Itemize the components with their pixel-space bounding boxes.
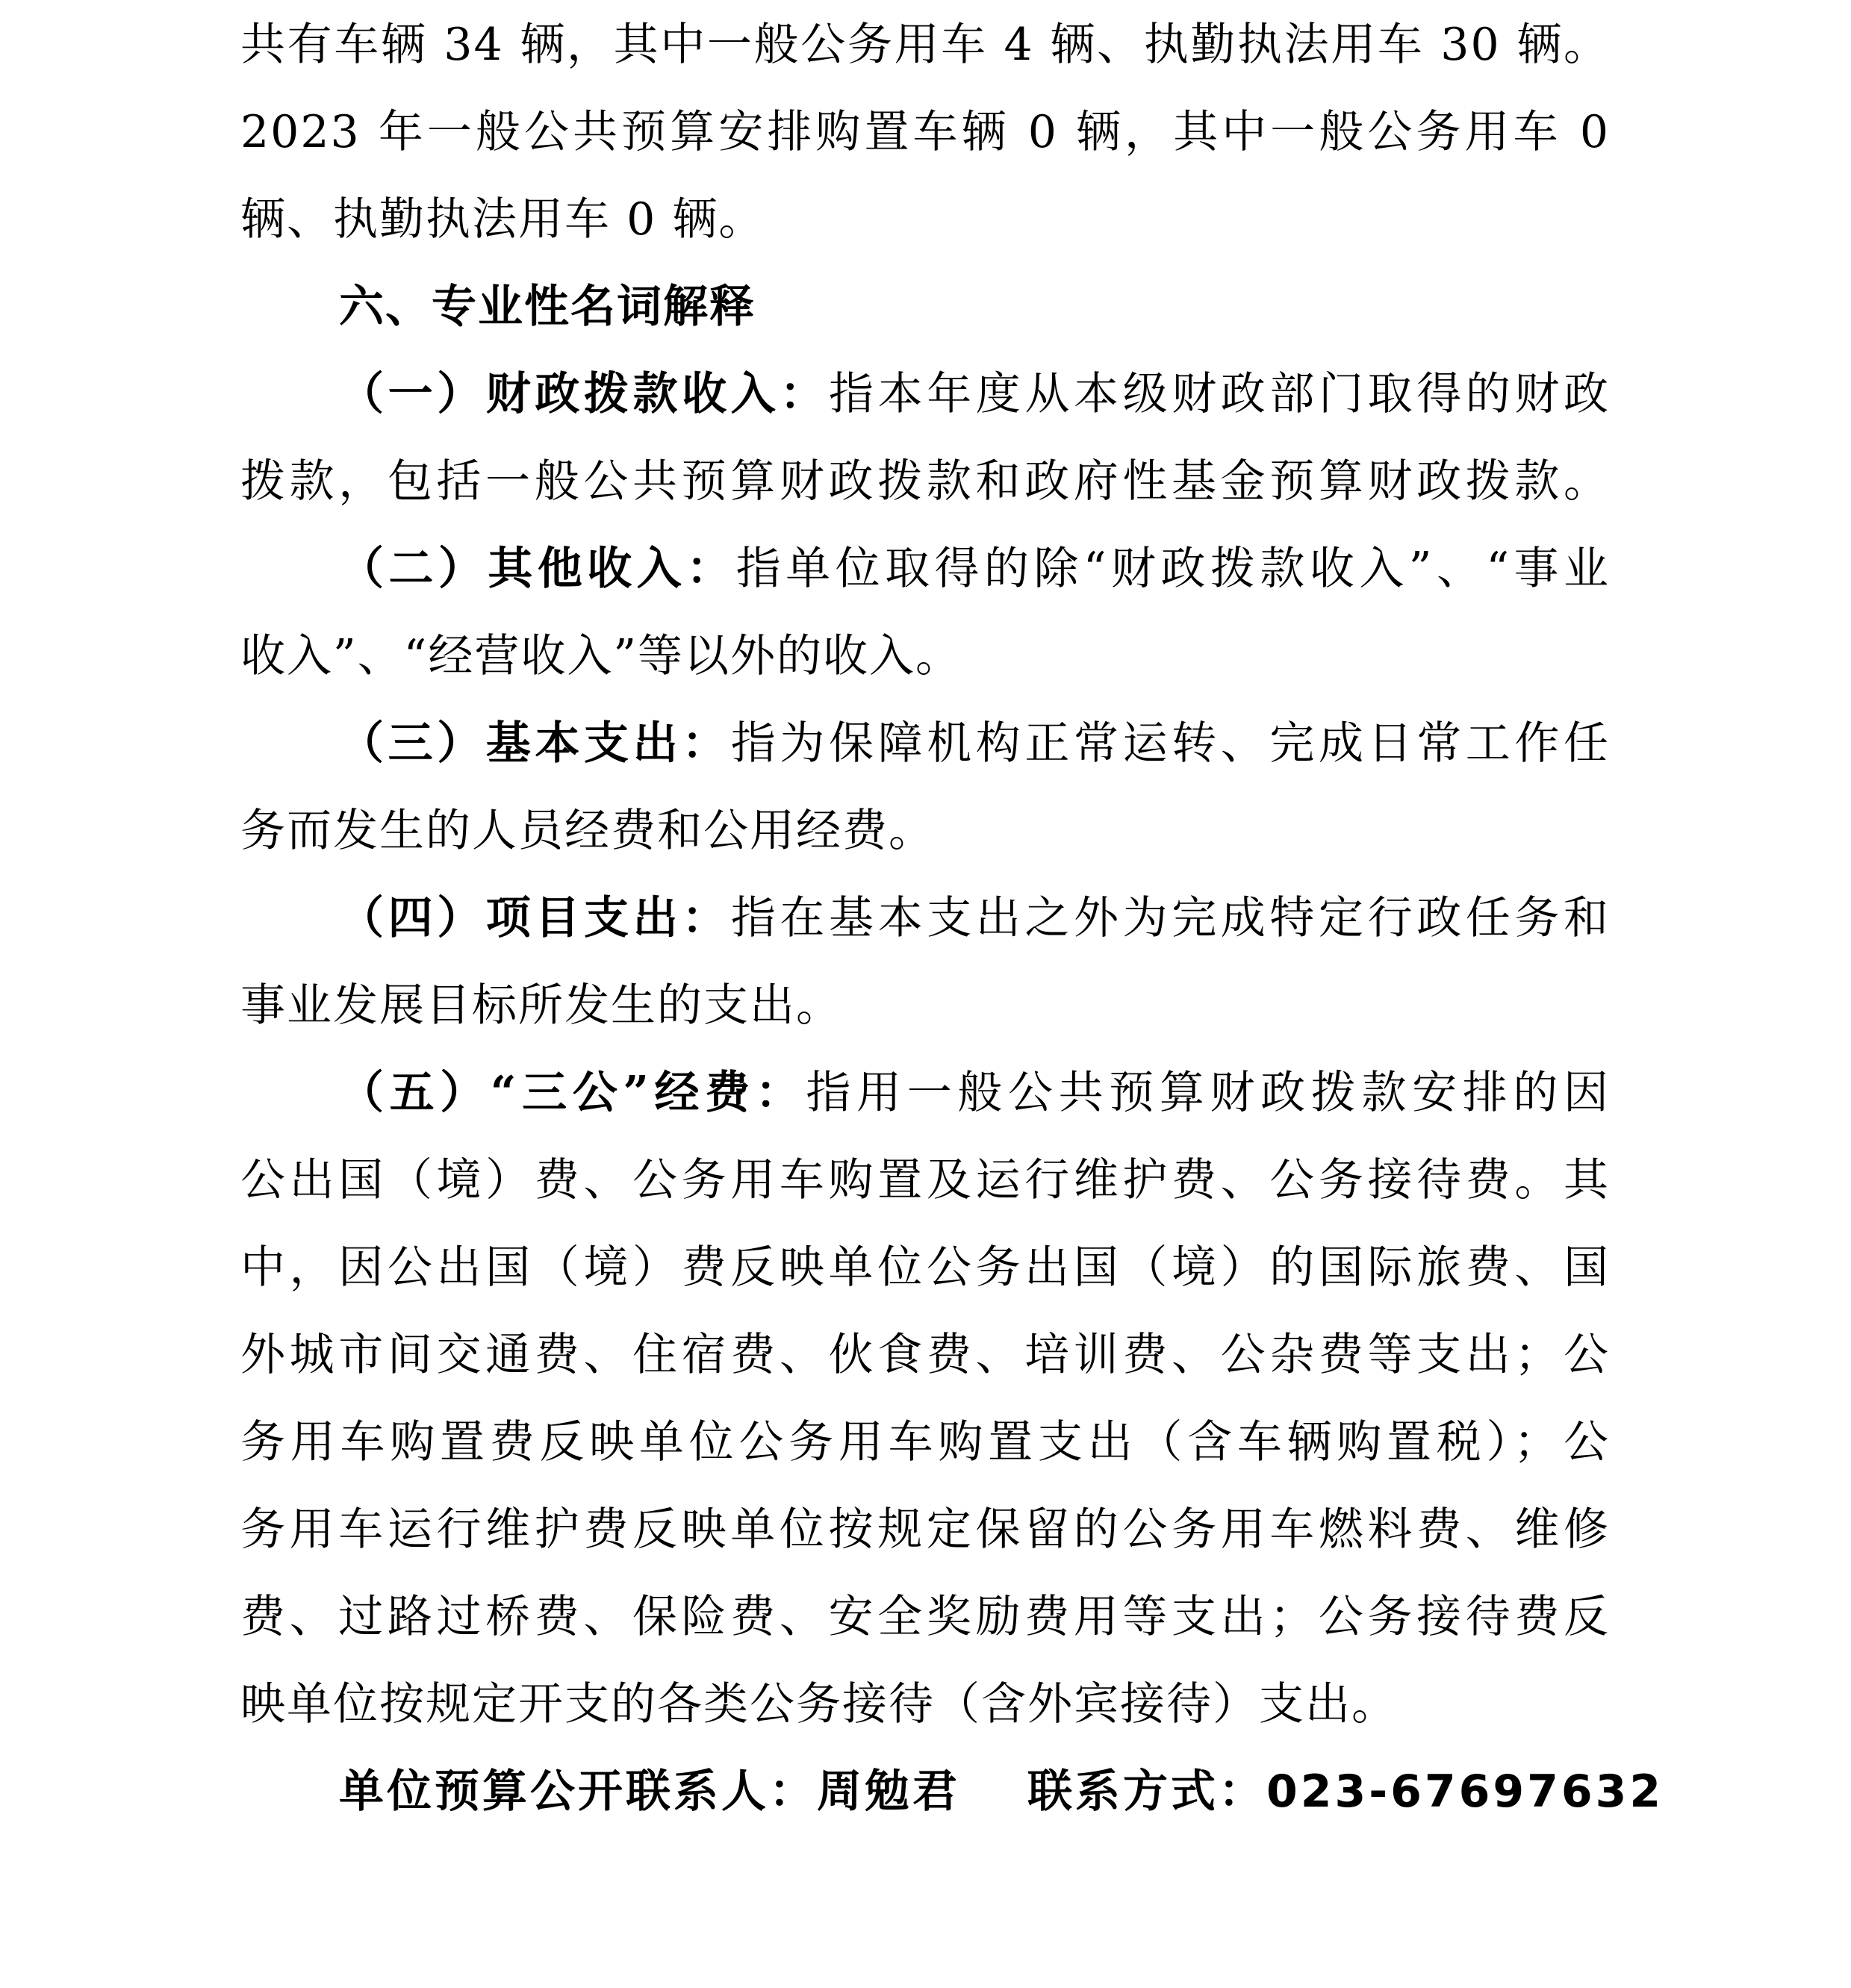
section-heading: 六、专业性名词解释: [240, 264, 1610, 351]
term-definition-text: 指用一般公共预算财政拨款安排的因: [806, 1067, 1610, 1119]
term-definition-first-line: （四）项目支出：指在基本支出之外为完成特定行政任务和: [240, 875, 1610, 962]
body-text-line: 辆、执勤执法用车 0 辆。: [240, 176, 1610, 264]
body-text-line: 共有车辆 34 辆，其中一般公务用车 4 辆、执勤执法用车 30 辆。: [240, 1, 1610, 89]
body-text-line: 务用车运行维护费反映单位按规定保留的公务用车燃料费、维修: [240, 1486, 1610, 1574]
body-text-line: 公出国（境）费、公务用车购置及运行维护费、公务接待费。其: [240, 1137, 1610, 1224]
term-definition-first-line: （一）财政拨款收入：指本年度从本级财政部门取得的财政: [240, 351, 1610, 438]
term-definition-text: 指单位取得的除“财政拨款收入”、“事业: [736, 543, 1610, 595]
contact-line: 单位预算公开联系人：周勉君联系方式：023-67697632: [240, 1748, 1610, 1836]
body-text-line: 收入”、“经营收入”等以外的收入。: [240, 613, 1610, 700]
body-text-line: 中，因公出国（境）费反映单位公务出国（境）的国际旅费、国: [240, 1224, 1610, 1312]
term-label: （四）项目支出：: [339, 892, 731, 944]
contact-phone-label: 联系方式：: [1027, 1766, 1266, 1818]
body-text-line: 务而发生的人员经费和公用经费。: [240, 788, 1610, 875]
term-definition-first-line: （五）“三公”经费：指用一般公共预算财政拨款安排的因: [240, 1050, 1610, 1137]
term-definition-first-line: （三）基本支出：指为保障机构正常运转、完成日常工作任: [240, 700, 1610, 788]
term-label: （一）财政拨款收入：: [339, 368, 829, 420]
body-text-line: 务用车购置费反映单位公务用车购置支出（含车辆购置税）；公: [240, 1399, 1610, 1486]
term-label: （三）基本支出：: [339, 717, 731, 770]
body-text-line: 外城市间交通费、住宿费、伙食费、培训费、公杂费等支出；公: [240, 1312, 1610, 1399]
term-definition-text: 指在基本支出之外为完成特定行政任务和: [731, 892, 1610, 944]
body-text-line: 2023 年一般公共预算安排购置车辆 0 辆，其中一般公务用车 0: [240, 89, 1610, 176]
contact-person-name: 周勉君: [817, 1766, 960, 1818]
body-text-line: 事业发展目标所发生的支出。: [240, 962, 1610, 1050]
body-text-line: 拨款，包括一般公共预算财政拨款和政府性基金预算财政拨款。: [240, 438, 1610, 526]
term-definition-text: 指本年度从本级财政部门取得的财政: [829, 368, 1610, 420]
body-text-line: 费、过路过桥费、保险费、安全奖励费用等支出；公务接待费反: [240, 1574, 1610, 1661]
term-definition-first-line: （二）其他收入：指单位取得的除“财政拨款收入”、“事业: [240, 526, 1610, 613]
contact-phone: 023-67697632: [1266, 1766, 1664, 1818]
term-label: （二）其他收入：: [339, 543, 736, 595]
term-definition-text: 指为保障机构正常运转、完成日常工作任: [731, 717, 1610, 770]
term-label: （五）“三公”经费：: [339, 1067, 806, 1119]
contact-person-label: 单位预算公开联系人：: [339, 1766, 817, 1818]
body-text-line: 映单位按规定开支的各类公务接待（含外宾接待）支出。: [240, 1661, 1610, 1748]
